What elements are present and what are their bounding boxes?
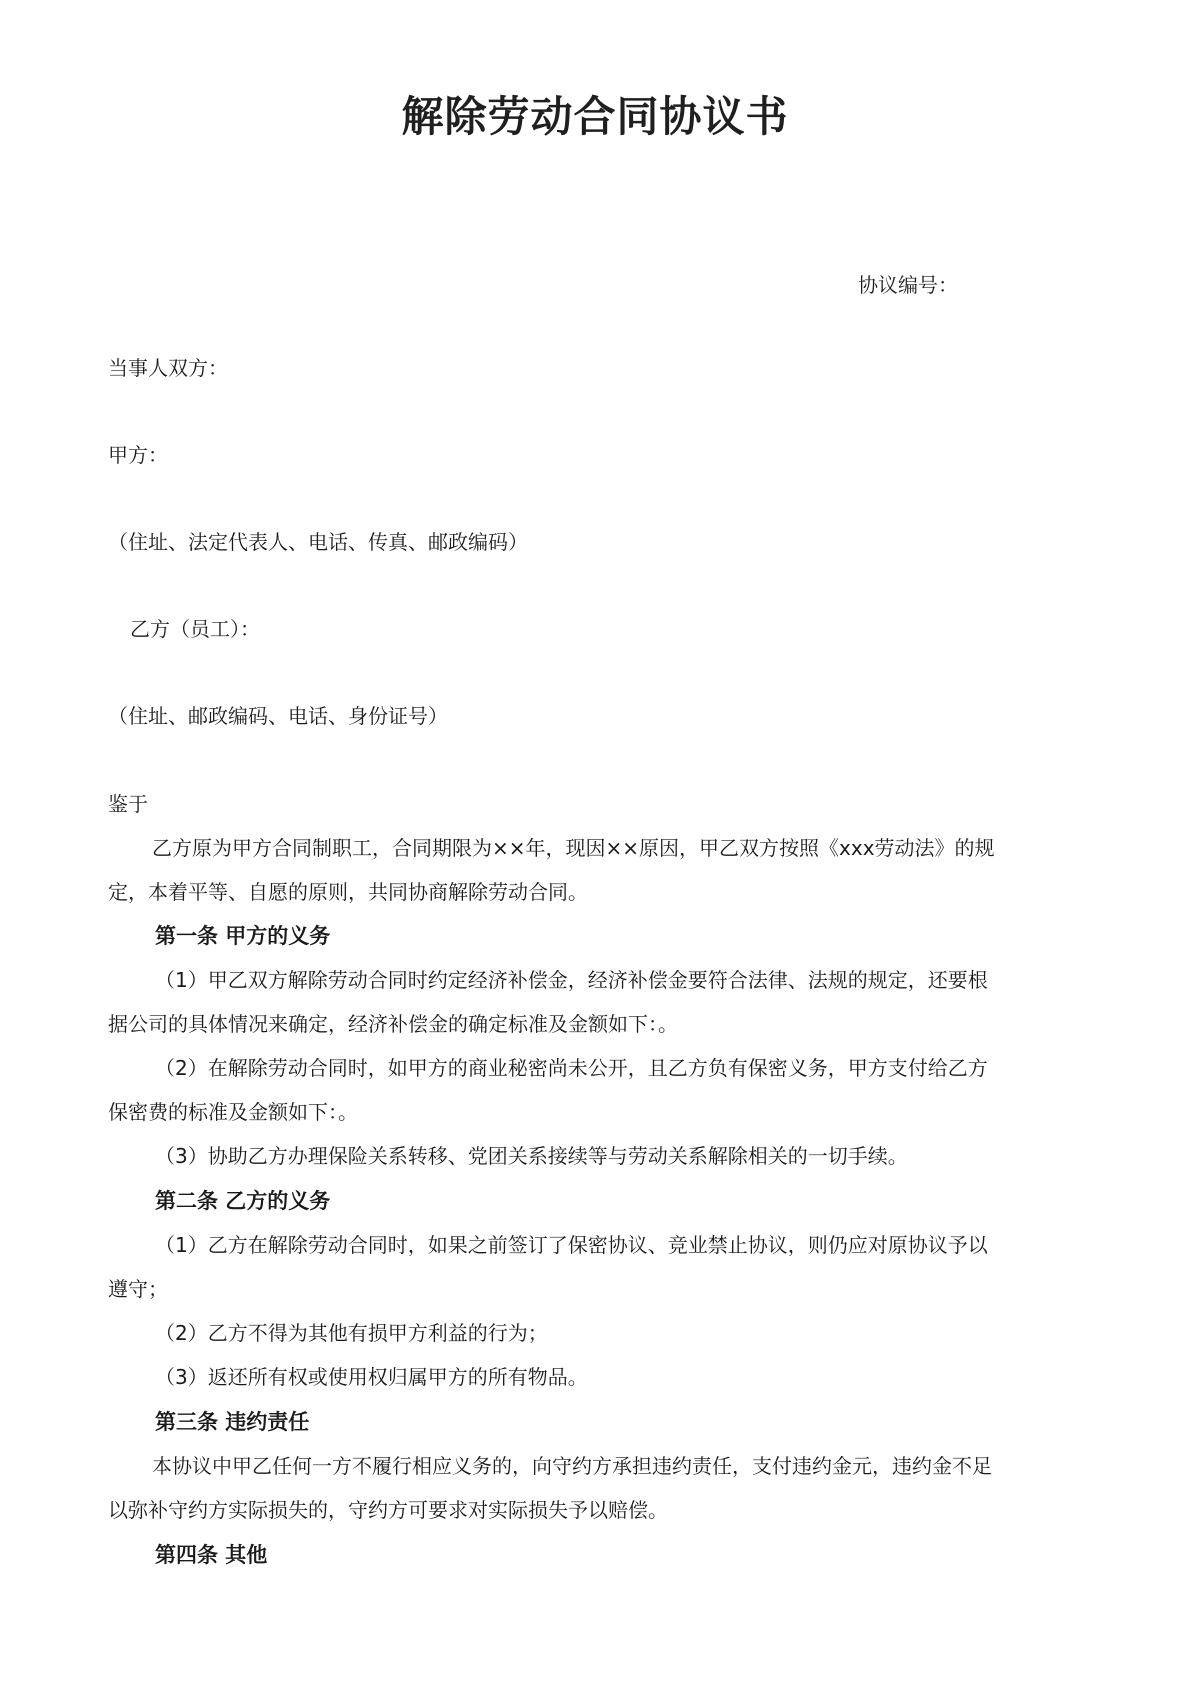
article-2-line-1: （1）乙方在解除劳动合同时，如果之前签订了保密协议、竞业禁止协议，则仍应对原协议… bbox=[155, 1231, 988, 1259]
document-title: 解除劳动合同协议书 bbox=[0, 92, 1190, 142]
parties-label: 当事人双方： bbox=[108, 354, 228, 382]
article-2-line-2: 遵守； bbox=[108, 1275, 168, 1303]
article-1-heading: 第一条 甲方的义务 bbox=[155, 922, 330, 950]
article-1-line-5: （3）协助乙方办理保险关系转移、党团关系接续等与劳动关系解除相关的一切手续。 bbox=[155, 1142, 908, 1170]
party-b-details: （住址、邮政编码、电话、身份证号） bbox=[108, 702, 448, 730]
article-1-line-4: 保密费的标准及金额如下：。 bbox=[108, 1098, 358, 1126]
article-2-line-4: （3）返还所有权或使用权归属甲方的所有物品。 bbox=[155, 1363, 588, 1391]
article-2-heading: 第二条 乙方的义务 bbox=[155, 1187, 330, 1215]
article-1-line-2: 据公司的具体情况来确定，经济补偿金的确定标准及金额如下：。 bbox=[108, 1010, 678, 1038]
preamble-line-2: 定，本着平等、自愿的原则，共同协商解除劳动合同。 bbox=[108, 878, 588, 906]
article-4-heading: 第四条 其他 bbox=[155, 1541, 267, 1569]
article-3-line-1: 本协议中甲乙任何一方不履行相应义务的，向守约方承担违约责任，支付违约金元，违约金… bbox=[152, 1452, 992, 1480]
party-b-label: 乙方（员工）： bbox=[130, 615, 260, 643]
article-2-line-3: （2）乙方不得为其他有损甲方利益的行为； bbox=[155, 1319, 548, 1347]
article-3-line-2: 以弥补守约方实际损失的，守约方可要求对实际损失予以赔偿。 bbox=[108, 1496, 668, 1524]
document-page: 解除劳动合同协议书 协议编号： 当事人双方： 甲方： （住址、法定代表人、电话、… bbox=[0, 0, 1190, 1683]
party-a-details: （住址、法定代表人、电话、传真、邮政编码） bbox=[108, 528, 528, 556]
article-1-line-3: （2）在解除劳动合同时，如甲方的商业秘密尚未公开，且乙方负有保密义务，甲方支付给… bbox=[155, 1054, 988, 1082]
preamble-line-1: 乙方原为甲方合同制职工，合同期限为××年，现因××原因，甲乙双方按照《xxx劳动… bbox=[152, 834, 995, 862]
party-a-label: 甲方： bbox=[108, 441, 168, 469]
whereas-label: 鉴于 bbox=[108, 790, 148, 818]
agreement-number-label: 协议编号： bbox=[858, 271, 958, 299]
article-3-heading: 第三条 违约责任 bbox=[155, 1408, 309, 1436]
article-1-line-1: （1）甲乙双方解除劳动合同时约定经济补偿金，经济补偿金要符合法律、法规的规定，还… bbox=[155, 966, 988, 994]
